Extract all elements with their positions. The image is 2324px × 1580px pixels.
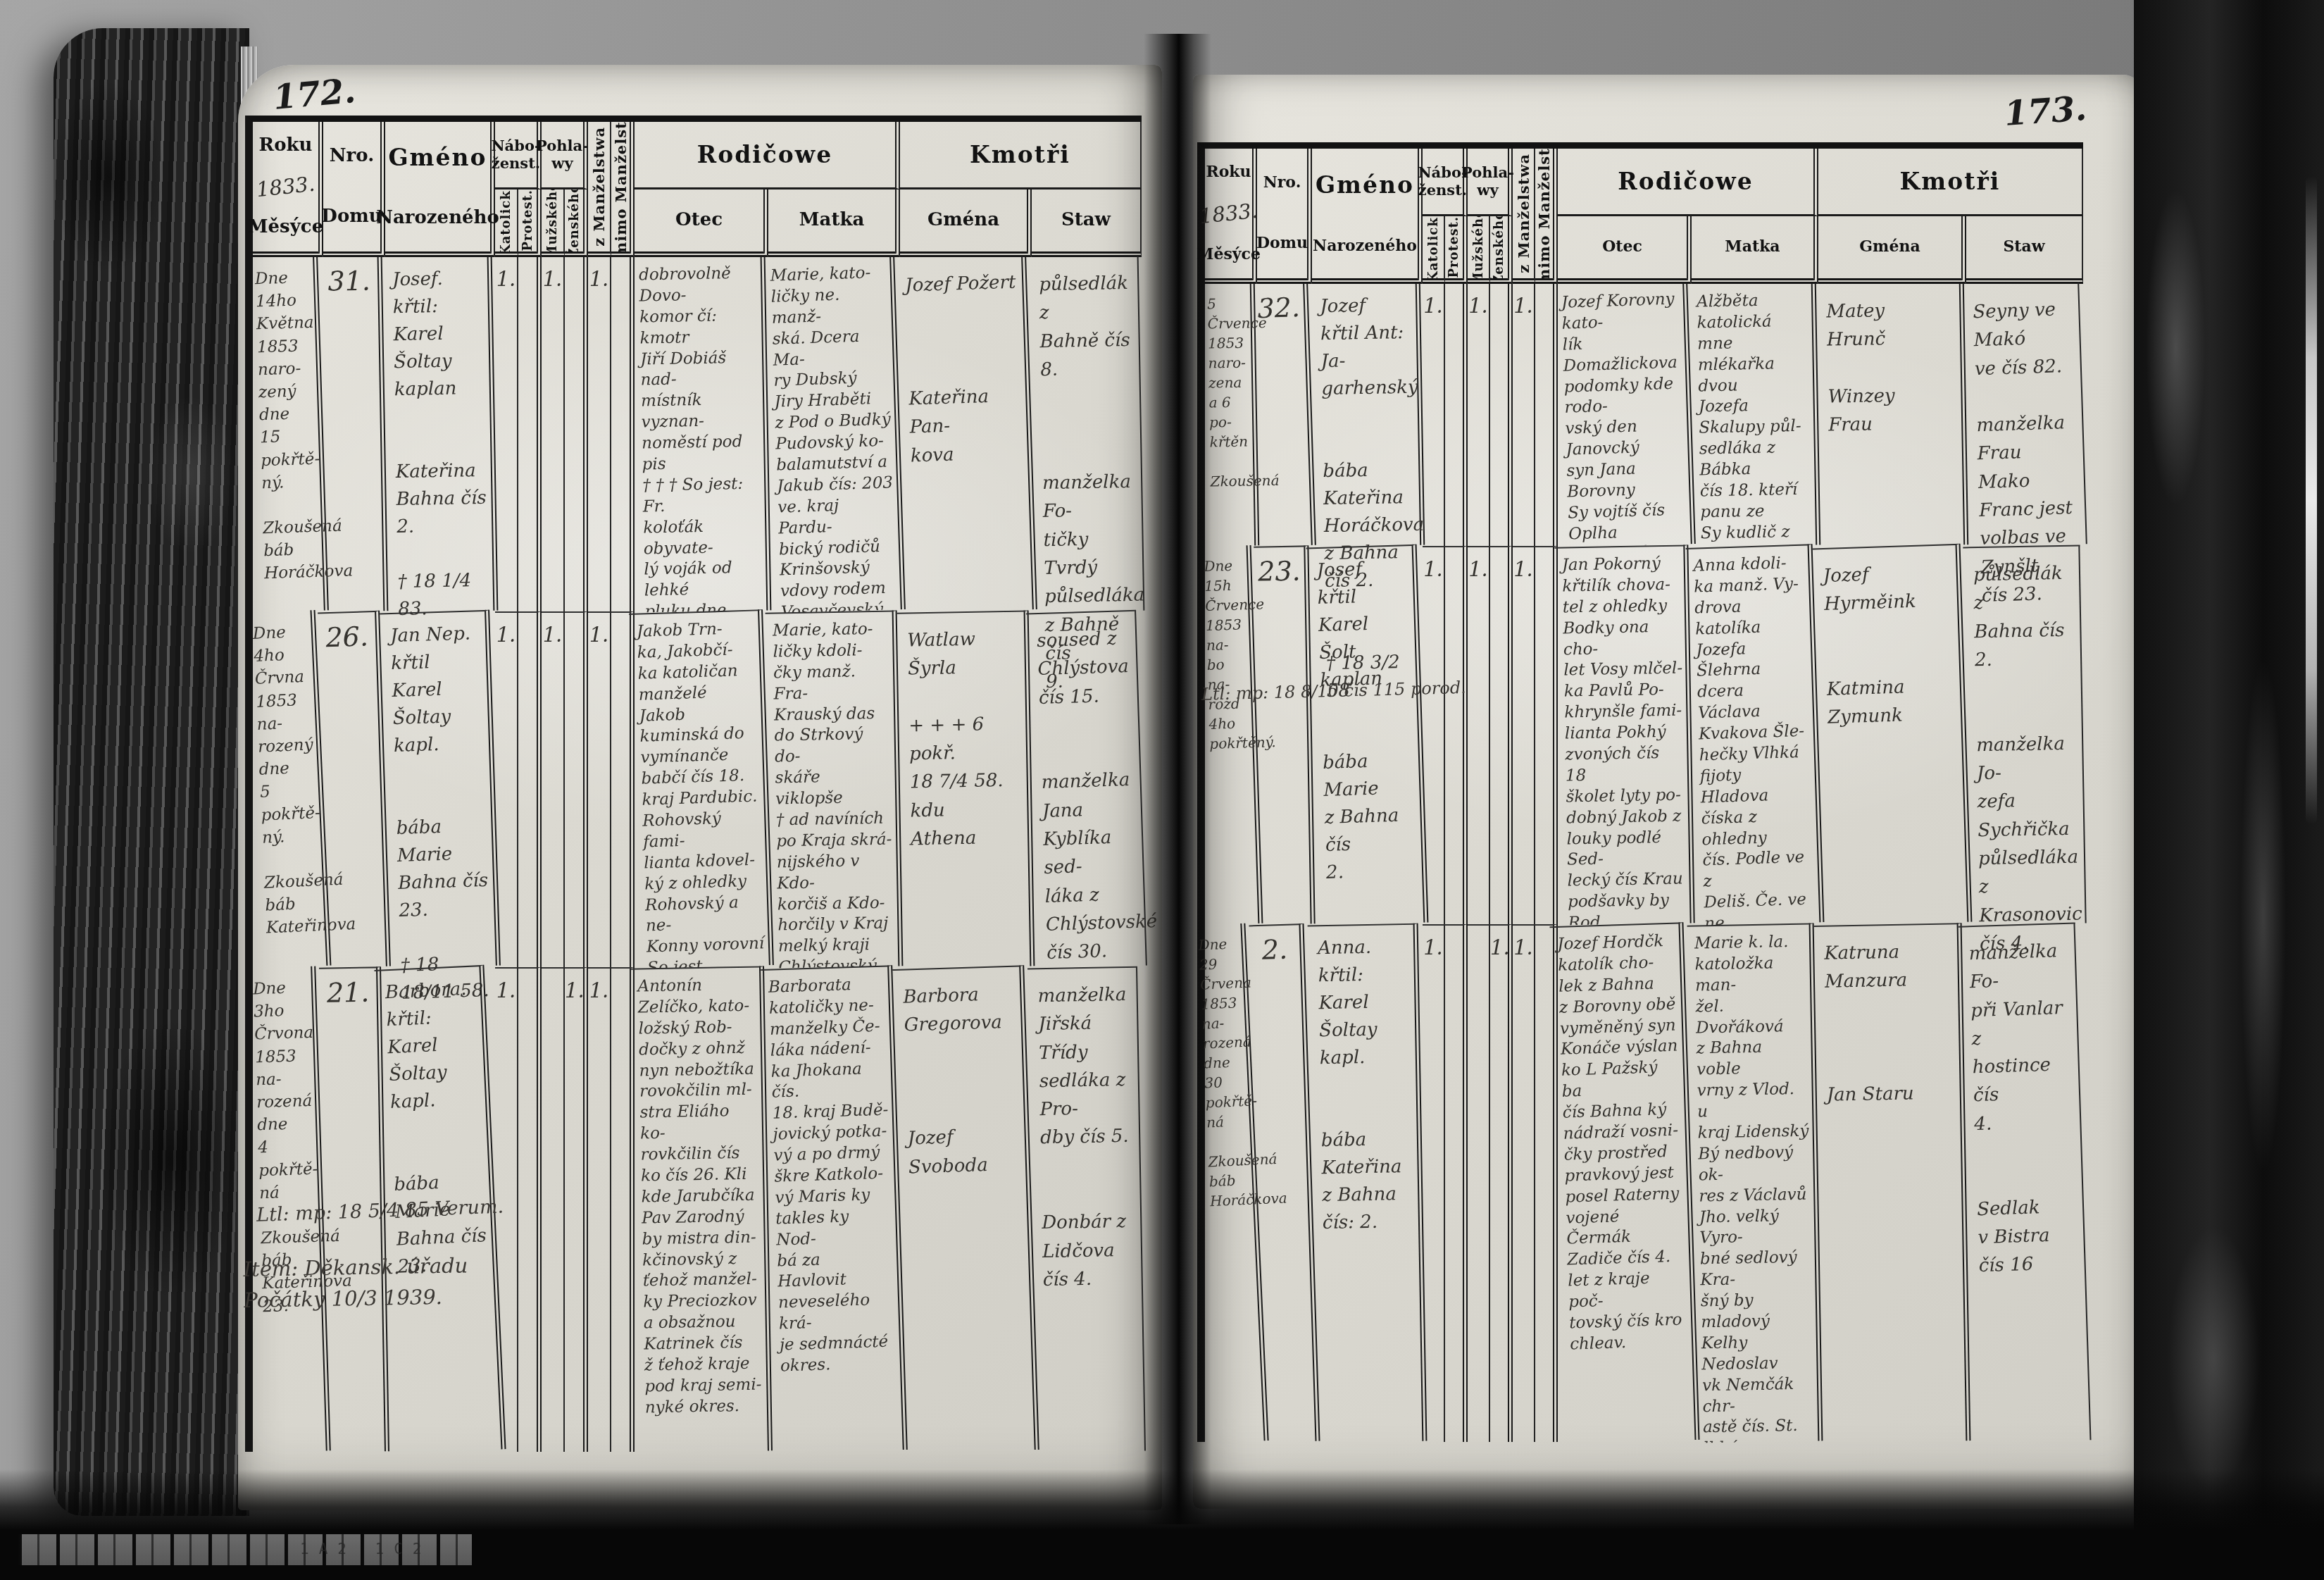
cell-matka: Marie, kato- ličky ne. manž- ská. Dcera … — [763, 255, 906, 614]
cell-mimo-manzelst — [611, 257, 635, 611]
col-header-rodicowe: Rodičowe — [635, 122, 900, 189]
cell-protest — [1445, 284, 1468, 546]
register-table: Roku 1833. Měsýce Nro. Domu Gméno Naroze… — [245, 116, 1142, 1452]
cell-matka: Alžběta katolická mne mlékařka dvou Joze… — [1689, 282, 1820, 547]
col-header-pohlawy: Pohla- wy — [1468, 149, 1513, 216]
cell-katolick: 1. — [1423, 924, 1445, 1442]
col-header-kmotri: Kmotři — [900, 122, 1142, 189]
cell-z-manzelstwa: 1. — [1513, 284, 1535, 546]
cell-otec: Jakob Trn- ka, Jakobčí- ka katoličan man… — [629, 609, 774, 969]
cell-mimo-manzelst — [1535, 546, 1558, 924]
cell-gmena-kmotru: Watlaw Šyrla + + + 6 pokř. 18 7/4 58. kd… — [897, 610, 1035, 968]
cell-protest — [1445, 924, 1468, 1442]
cell-z-manzelstwa: 1. — [588, 611, 611, 967]
col-header-muzskeho: Mužského — [1468, 216, 1490, 284]
col-header-mimo-manzelst: mimo Manželst. — [611, 122, 635, 257]
col-header-gmeno: Gméno Narozeného — [1312, 149, 1423, 284]
col-header-zenskeho: Ženského — [1490, 216, 1513, 284]
col-header-kmotri: Kmotři — [1818, 149, 2083, 216]
cell-protest — [518, 611, 542, 967]
cell-gmena-kmotru: Matey Hrunč Winzey Frau — [1816, 282, 1968, 547]
col-header-otec: Otec — [1558, 216, 1692, 284]
cell-mesyce: Dne 14ho Května 1853 naro- zený dne 15 p… — [247, 256, 329, 613]
cell-gmeno: Jozef křtil Ant: Ja- garhenský bába Kate… — [1310, 283, 1425, 547]
col-header-nabozenst: Nábo- ženst. — [495, 122, 542, 189]
cell-katolick: 1. — [495, 611, 518, 967]
col-header-pohlawy: Pohla- wy — [542, 122, 588, 189]
header-mesyce-label: Měsýce — [248, 217, 323, 238]
cell-otec: Jozef Hordčk katolík cho- lek z Bahna z … — [1550, 922, 1700, 1444]
cell-muzskeho: 1. — [542, 257, 565, 611]
col-header-gmena: Gména — [900, 189, 1032, 257]
scanner-ruler-label: 1A2 1C2 — [300, 1541, 432, 1557]
cell-staw-kmotru: Seyny ve Makó ve čís 82. manželka Frau M… — [1962, 282, 2087, 547]
cell-matka: Marie, kato- ličky kdoli- čky manž. Fra-… — [766, 610, 904, 968]
cell-nro-domu: 26. — [318, 611, 391, 969]
cell-z-manzelstwa: 1. — [1513, 546, 1535, 924]
cell-gmeno: Jan Nep. křtil Karel Šoltay kapl. bába M… — [380, 610, 501, 969]
col-header-staw: Staw — [1032, 189, 1142, 257]
col-header-z-manzelstwa: z Manželstwa — [1513, 149, 1535, 284]
col-header-matka: Matka — [1692, 216, 1818, 284]
book-gutter-shadow — [1144, 34, 1211, 1524]
cell-katolick: 1. — [1423, 284, 1445, 546]
col-header-muzskeho: Mužského — [542, 189, 565, 257]
cell-katolick: 1. — [495, 257, 518, 611]
col-header-staw: Staw — [1966, 216, 2083, 284]
cell-zenskeho — [1490, 546, 1513, 924]
header-roku-label: Roku — [1206, 163, 1251, 181]
cell-zenskeho: 1. — [1490, 924, 1513, 1442]
cell-gmeno: Josef. křtil: Karel Šoltay kaplan Kateři… — [382, 256, 499, 613]
cell-nro-domu: 23. — [1254, 545, 1315, 924]
col-header-protest: Protest. — [518, 189, 542, 257]
col-header-gmena: Gména — [1818, 216, 1966, 284]
cell-staw-kmotru: manželka Jiřská Třídy sedláka z Pro- dby… — [1027, 966, 1146, 1453]
register-table: Roku 1833. Měsýce Nro. Domu Gméno Naroze… — [1197, 142, 2083, 1442]
cell-gmeno: Anna. křtil: Karel Šoltay kapl. bába Kat… — [1308, 923, 1427, 1443]
cell-otec: dobrovolně Dovo- komor čí: kmotr Jiří Do… — [632, 256, 772, 612]
cell-nro-domu: 32. — [1253, 283, 1316, 547]
register-page-left: 172. Roku 1833. Měsýce Nro. Domu Gméno N… — [238, 65, 1162, 1510]
col-header-matka: Matka — [768, 189, 900, 257]
col-header-zenskeho: Ženského — [565, 189, 588, 257]
cell-muzskeho — [1468, 924, 1490, 1442]
cell-matka: Anna kdoli- ka manž. Vy- drova katolíka … — [1686, 544, 1825, 926]
cell-gmena-kmotru: Katruna Manzura Jan Staru — [1814, 923, 1971, 1443]
page-number: 173. — [2003, 89, 2088, 134]
cell-matka: Marie k. la. katoložka man- žel. Dvořáko… — [1687, 923, 1823, 1443]
cell-matka: Barborata katoličky ne- manželky Če- lák… — [761, 965, 908, 1454]
scan-bottom-shadow: 1A2 1C2 — [0, 1469, 2324, 1580]
cell-zenskeho — [1490, 284, 1513, 546]
col-header-roku-mesyce: Roku 1833. Měsýce — [253, 122, 323, 257]
cell-staw-kmotru: soused z Chlýstova čís 15. manželka Jana… — [1026, 610, 1147, 969]
cell-gmena-kmotru: Jozef Hyrměink Katmina Zymunk — [1813, 544, 1973, 926]
cell-staw-kmotru: manželka Fo- při Vanlar z hostince čís 4… — [1958, 923, 2091, 1444]
cell-zenskeho — [565, 257, 588, 611]
col-header-gmeno: Gméno Narozeného — [385, 122, 495, 257]
cell-zenskeho — [565, 611, 588, 967]
col-header-nro-domu: Nro. Domu — [323, 122, 385, 257]
cell-gmena-kmotru: Jozef Požert Kateřina Pan- kova — [894, 255, 1037, 614]
cell-z-manzelstwa: 1. — [588, 257, 611, 611]
book-cover-right-edge — [2134, 0, 2324, 1580]
cell-staw-kmotru: půlsedlák z Bahna čís 2. manželka Jo- ze… — [1963, 545, 2086, 926]
cell-gmeno: Josef křtil Karel Šolt kaplan bába Marie… — [1306, 545, 1429, 926]
cell-otec: Antonín Zelíčko, kato- ložský Rob- dočky… — [630, 966, 773, 1453]
col-header-katolick: Katolick. — [495, 189, 518, 257]
marginal-note-item: Item: Děkansk. úřadu Počátky 10/3 1939. — [243, 1248, 638, 1316]
cell-muzskeho: 1. — [1468, 284, 1490, 546]
cell-mesyce: Dne 4ho Črvna 1853 na- rozený dne 5 pokř… — [245, 610, 332, 969]
cell-otec: Jan Pokorný křtilík chova- tel z ohledky… — [1554, 545, 1694, 925]
cell-muzskeho: 1. — [542, 611, 565, 967]
cell-otec: Jozef Korovny kato- lík Domažlickova pod… — [1554, 282, 1696, 548]
book-binding-left — [54, 28, 249, 1516]
col-header-rodicowe: Rodičowe — [1558, 149, 1818, 216]
register-page-right: 173. Roku 1833. Měsýce Nro. Domu Gméno N… — [1193, 75, 2144, 1509]
header-year-handwritten: 1833. — [255, 172, 316, 201]
cell-muzskeho: 1. — [1468, 546, 1490, 924]
col-header-roku-mesyce: Roku 1833. Měsýce — [1205, 149, 1257, 284]
scanned-register-spread: 172. Roku 1833. Měsýce Nro. Domu Gméno N… — [0, 0, 2324, 1580]
cell-gmena-kmotru: Barbora Gregorova Jozef Svoboda — [892, 965, 1039, 1454]
cell-protest — [518, 257, 542, 611]
cell-nro-domu: 31. — [320, 256, 389, 611]
col-header-nro-domu: Nro. Domu — [1257, 149, 1312, 284]
col-header-protest: Protest. — [1445, 216, 1468, 284]
header-roku-label: Roku — [259, 135, 313, 156]
col-header-z-manzelstwa: z Manželstwa — [588, 122, 611, 257]
col-header-mimo-manzelst: mimo Manželst. — [1535, 149, 1558, 284]
page-number: 172. — [272, 71, 357, 118]
scanner-ruler: 1A2 1C2 — [18, 1534, 472, 1565]
cell-katolick: 1. — [1423, 546, 1445, 924]
col-header-katolick: Katolick. — [1423, 216, 1445, 284]
cell-protest — [1445, 546, 1468, 924]
col-header-otec: Otec — [635, 189, 768, 257]
cell-z-manzelstwa: 1. — [1513, 924, 1535, 1442]
cell-staw-kmotru: půlsedlák z Bahně čís 8. manželka Fo- ti… — [1029, 256, 1145, 613]
